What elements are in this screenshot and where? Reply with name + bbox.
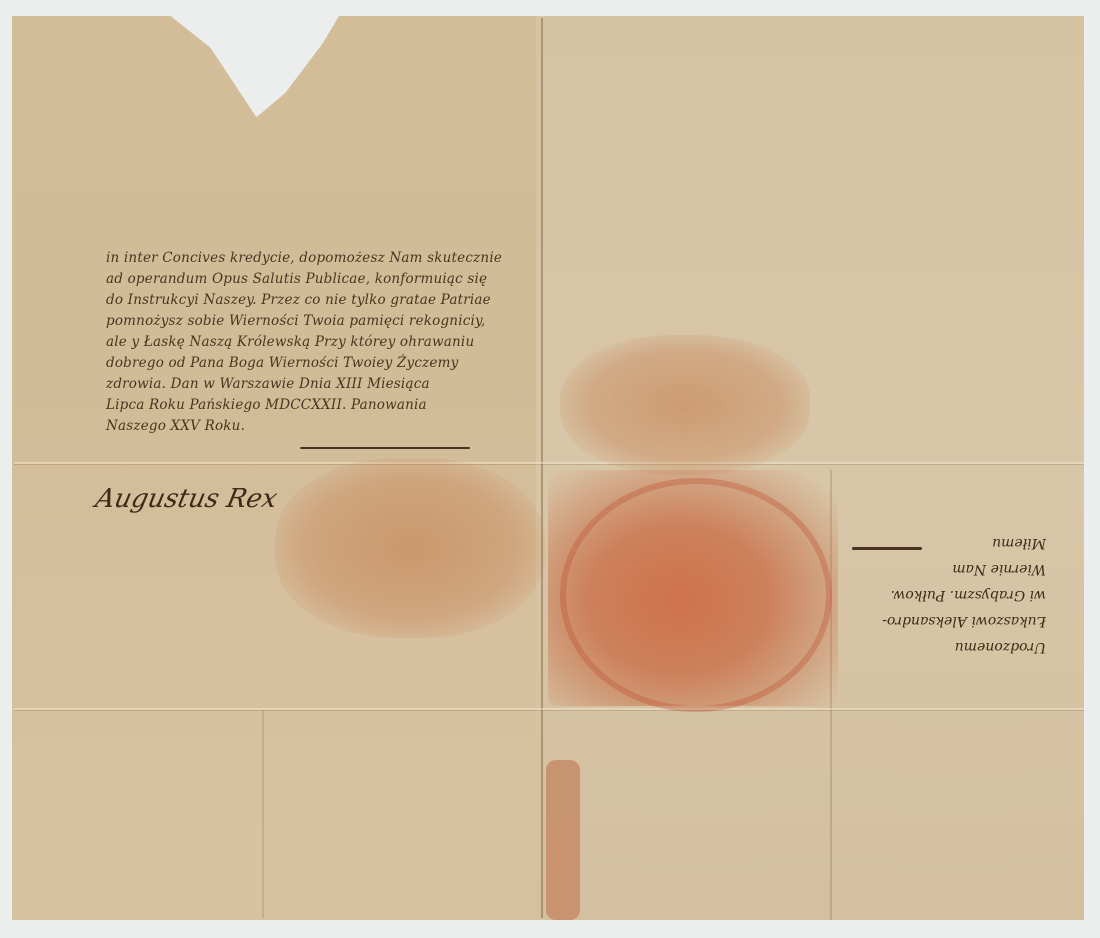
address-line: Miłemu: [856, 530, 1046, 556]
letter-line: Lipca Roku Pańskiego MDCCXXII. Panowania: [106, 395, 546, 416]
wax-seal-ring: [560, 478, 832, 712]
letter-line: dobrego od Pana Boga Wierności Twoiey Ży…: [106, 353, 546, 374]
letter-line: Naszego XXV Roku.: [106, 416, 546, 437]
water-stain-upper: [560, 335, 810, 475]
signature: Augustus Rex: [93, 484, 280, 514]
address-line: wi Grabyszm. Pułkow.: [856, 582, 1046, 608]
address-line: Łukaszowi Aleksandro-: [856, 608, 1046, 634]
fold-line-horizontal-lower: [14, 708, 1084, 710]
address-line: Wiernie Nam: [856, 556, 1046, 582]
fold-line-vertical-center: [541, 18, 543, 918]
letter-line: ale y Łaskę Naszą Królewską Przy którey …: [106, 332, 546, 353]
letter-line: zdrowia. Dan w Warszawie Dnia XIII Miesi…: [106, 374, 546, 395]
letter-line: in inter Concives kredycie, dopomożesz N…: [106, 248, 546, 269]
closing-flourish: [300, 447, 470, 449]
letter-body: in inter Concives kredycie, dopomożesz N…: [106, 248, 546, 437]
fold-line-horizontal-upper: [14, 462, 1084, 464]
water-stain-left: [275, 458, 545, 638]
letter-line: ad operandum Opus Salutis Publicae, konf…: [106, 269, 546, 290]
water-stain-bottom-strip: [546, 760, 580, 920]
letter-paper-right: [536, 16, 1084, 920]
letter-line: pomnożysz sobie Wierności Twoia pamięci …: [106, 311, 546, 332]
address-line: Urodzonemu: [856, 634, 1046, 660]
address-flourish: [852, 547, 922, 550]
fold-line-vertical-left-lower: [262, 710, 264, 918]
letter-line: do Instrukcyi Naszey. Przez co nie tylko…: [106, 290, 546, 311]
